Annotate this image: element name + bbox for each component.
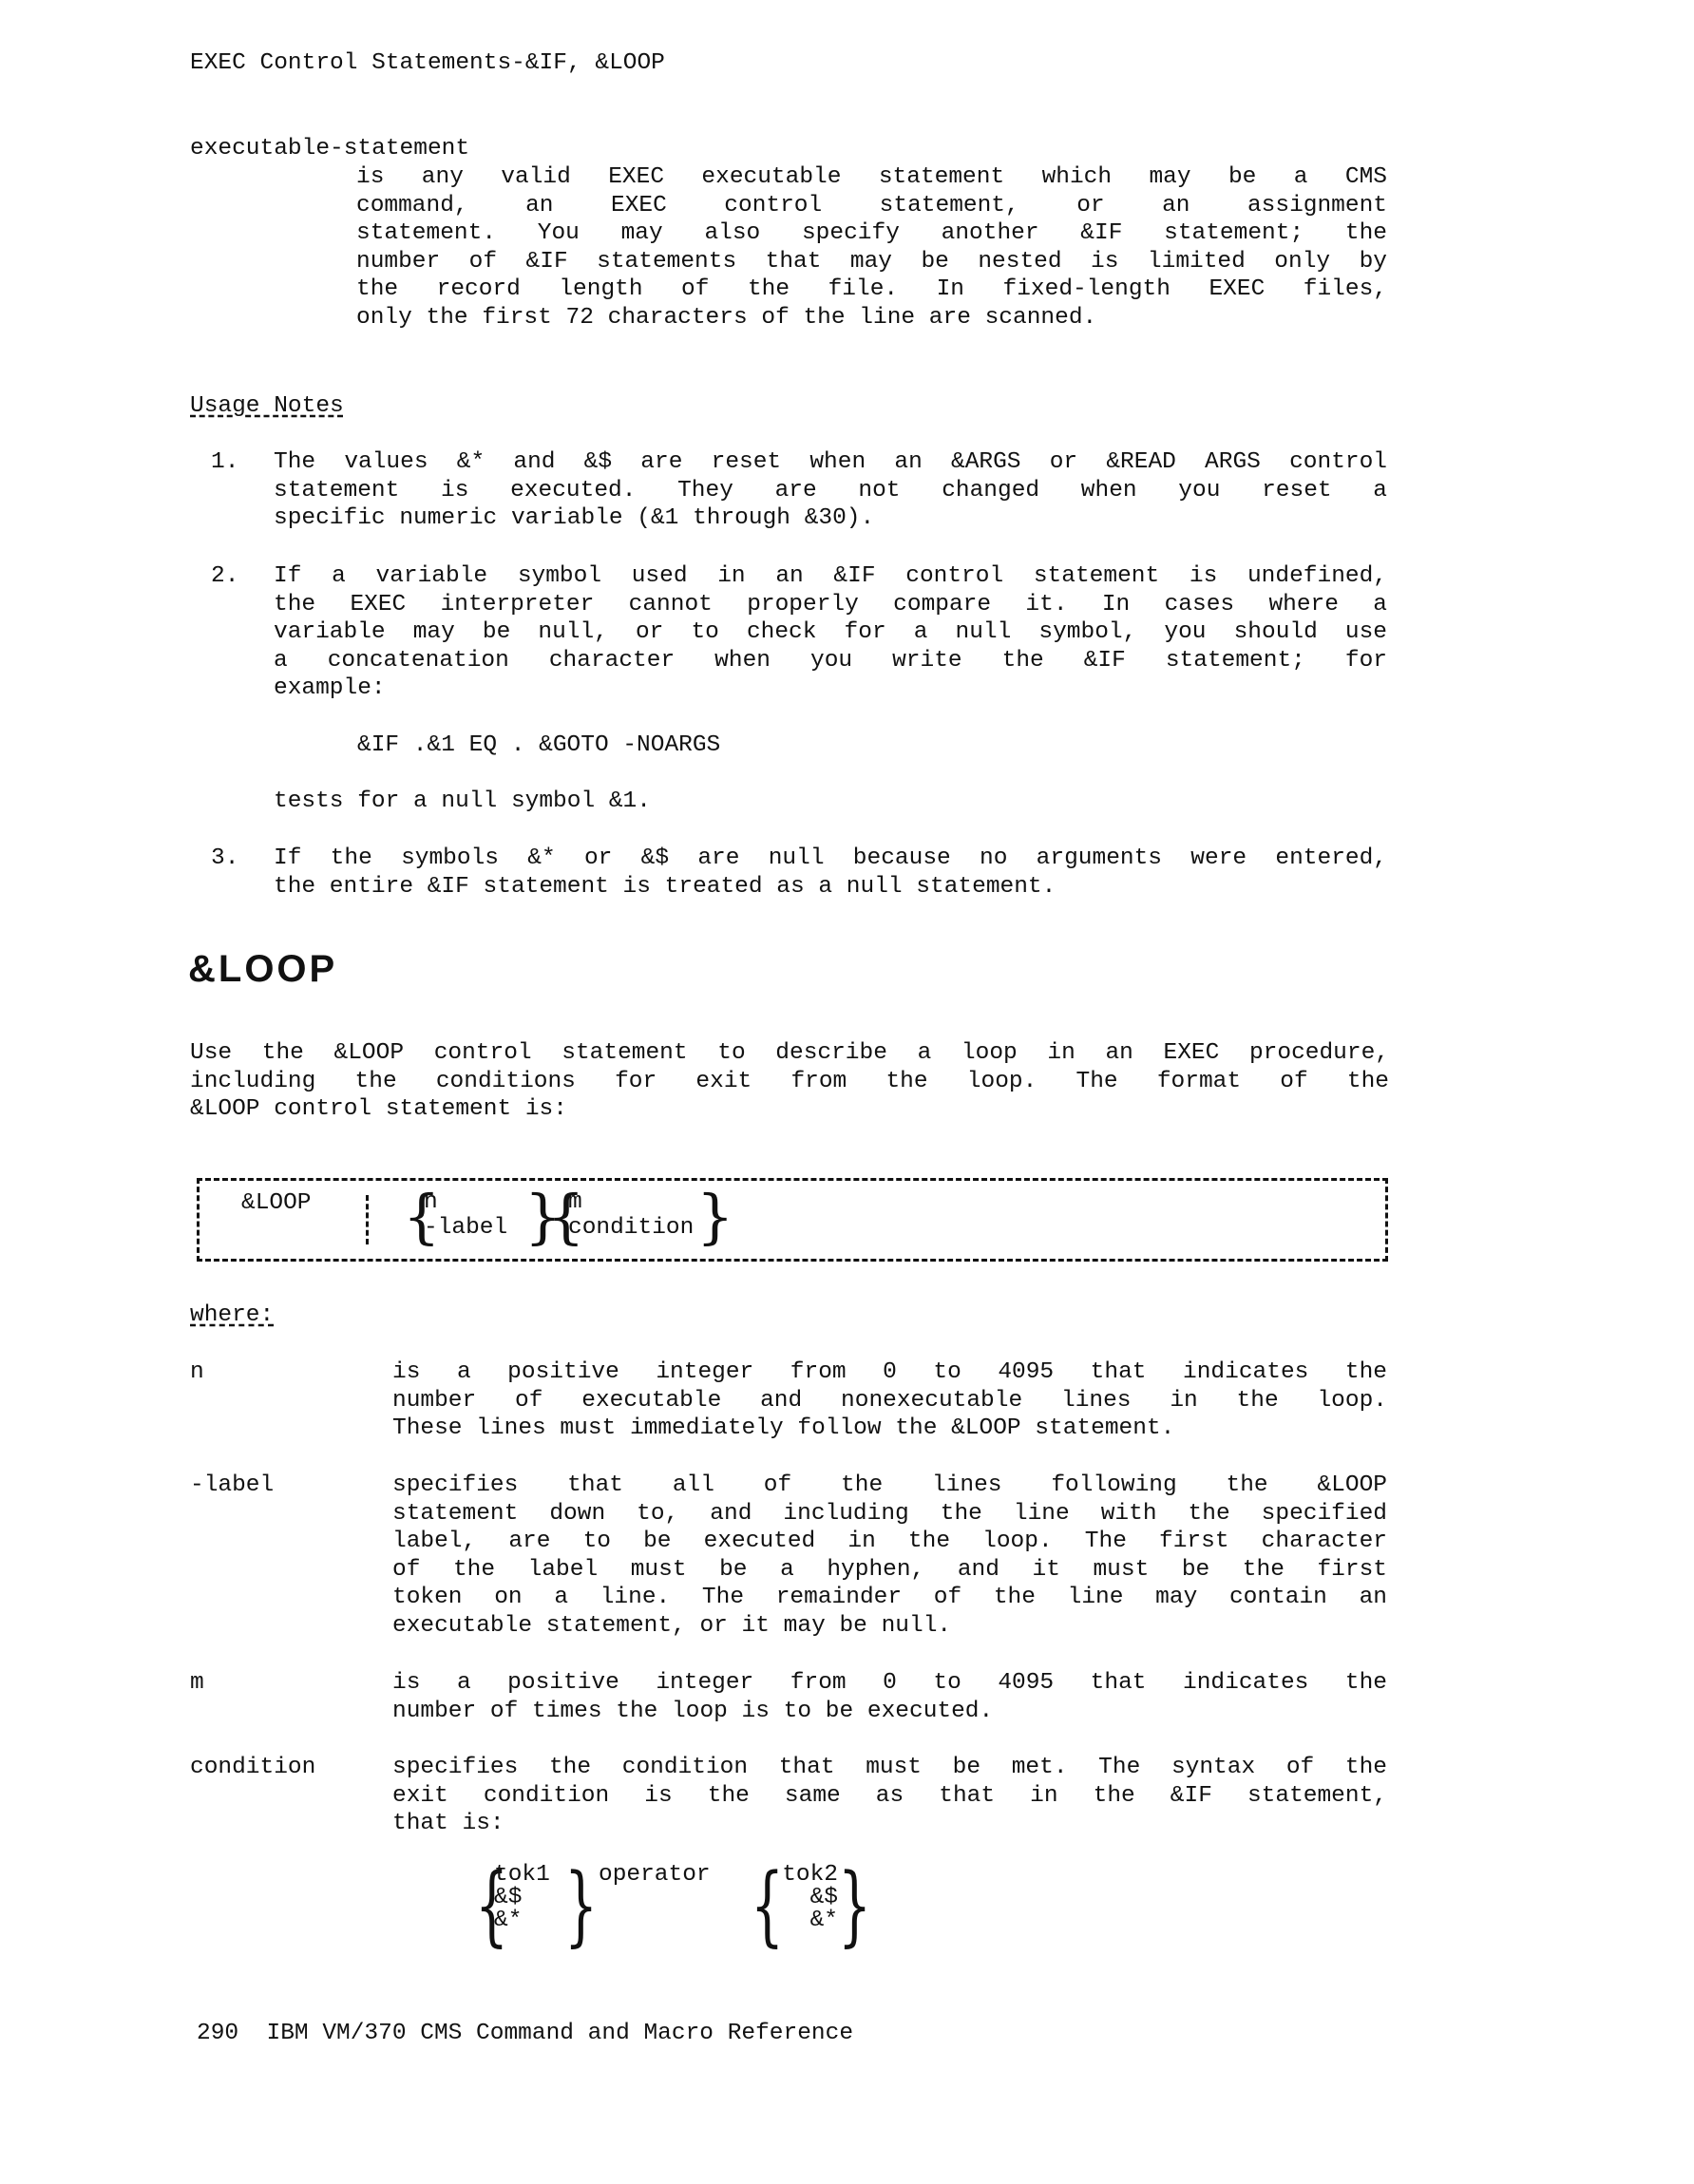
definition-line: executable statement, or it may be null.	[392, 1612, 1387, 1641]
list-number: 1.	[211, 448, 238, 477]
intro-line: &LOOP control statement is:	[190, 1095, 1389, 1124]
definition-line: statement down to, and including the lin…	[392, 1500, 1387, 1529]
code-example-explanation: tests for a null symbol &1.	[274, 788, 651, 816]
operand-option: condition	[568, 1215, 694, 1241]
right-brace-tok1: }	[564, 1862, 598, 1949]
token-option: tok2	[768, 1864, 838, 1887]
intro-line: Use the &LOOP control statement to descr…	[190, 1039, 1389, 1068]
list-number: 2.	[211, 562, 238, 591]
operator-text: operator	[599, 1864, 711, 1887]
definition-line: is a positive integer from 0 to 4095 tha…	[392, 1669, 1387, 1698]
desc-line: is any valid EXEC executable statement w…	[356, 163, 1387, 192]
usage-note-1: The values &* and &$ are reset when an &…	[274, 448, 1387, 533]
definition-line: specifies that all of the lines followin…	[392, 1472, 1387, 1500]
executable-statement-description: is any valid EXEC executable statement w…	[356, 163, 1387, 332]
tok1-options: tok1 &$ &*	[494, 1864, 550, 1932]
definition-line: number of executable and nonexecutable l…	[392, 1387, 1387, 1415]
loop-heading-text: &LOOP	[188, 948, 337, 990]
code-example-text: &IF .&1 EQ . &GOTO -NOARGS	[357, 731, 720, 760]
desc-line: only the first 72 characters of the line…	[356, 304, 1387, 332]
token-option: &*	[494, 1909, 550, 1932]
definition-line: of the label must be a hyphen, and it mu…	[392, 1556, 1387, 1585]
definition-line: specifies the condition that must be met…	[392, 1754, 1387, 1782]
definition-condition: specifies the condition that must be met…	[392, 1754, 1387, 1838]
syntax-box-separator	[366, 1195, 369, 1244]
definition-line: These lines must immediately follow the …	[392, 1415, 1387, 1443]
where-label-text: where:	[190, 1301, 274, 1330]
note-line: the entire &IF statement is treated as a…	[274, 873, 1387, 902]
definition-label: specifies that all of the lines followin…	[392, 1472, 1387, 1641]
loop-section-heading: &LOOP	[188, 948, 337, 990]
token-option: &*	[768, 1909, 838, 1932]
definition-line: number of times the loop is to be execut…	[392, 1698, 1387, 1726]
desc-line: number of &IF statements that may be nes…	[356, 248, 1387, 276]
note-line: specific numeric variable (&1 through &3…	[274, 504, 1387, 533]
loop-intro: Use the &LOOP control statement to descr…	[190, 1039, 1389, 1124]
definition-line: is a positive integer from 0 to 4095 tha…	[392, 1358, 1387, 1387]
desc-line: statement. You may also specify another …	[356, 219, 1387, 248]
list-number: 3.	[211, 845, 238, 873]
definition-line: exit condition is the same as that in th…	[392, 1782, 1387, 1811]
explanation-text: tests for a null symbol &1.	[274, 788, 651, 816]
term-label: condition	[190, 1754, 315, 1782]
syntax-command: &LOOP	[241, 1189, 312, 1218]
note-line: statement is executed. They are not chan…	[274, 477, 1387, 505]
syntax-box	[197, 1178, 1388, 1262]
definition-term-m: m	[190, 1669, 204, 1698]
term-label: executable-statement	[190, 135, 469, 163]
note-line: a concatenation character when you write…	[274, 647, 1387, 675]
usage-note-3: If the symbols &* or &$ are null because…	[274, 845, 1387, 901]
term-label: n	[190, 1358, 204, 1387]
operator-label: operator	[599, 1864, 711, 1887]
syntax-operand-2: m condition	[568, 1189, 694, 1241]
syntax-command-text: &LOOP	[241, 1189, 312, 1218]
note-line: the EXEC interpreter cannot properly com…	[274, 591, 1387, 619]
usage-note-3-number: 3.	[211, 845, 238, 873]
usage-note-2: If a variable symbol used in an &IF cont…	[274, 562, 1387, 703]
page-footer: 290 IBM VM/370 CMS Command and Macro Ref…	[197, 2020, 853, 2048]
token-option: &$	[494, 1887, 550, 1909]
definition-line: label, are to be executed in the loop. T…	[392, 1528, 1387, 1556]
running-header-text: EXEC Control Statements-&IF, &LOOP	[190, 49, 665, 78]
definition-line: token on a line. The remainder of the li…	[392, 1584, 1387, 1612]
definition-term-condition: condition	[190, 1754, 315, 1782]
note-line: The values &* and &$ are reset when an &…	[274, 448, 1387, 477]
note-line: If the symbols &* or &$ are null because…	[274, 845, 1387, 873]
note-line: If a variable symbol used in an &IF cont…	[274, 562, 1387, 591]
term-label: m	[190, 1669, 204, 1698]
page-number: 290	[197, 2021, 238, 2046]
code-example: &IF .&1 EQ . &GOTO -NOARGS	[357, 731, 720, 760]
definition-n: is a positive integer from 0 to 4095 tha…	[392, 1358, 1387, 1443]
footer-title: IBM VM/370 CMS Command and Macro Referen…	[267, 2021, 854, 2046]
definition-line: that is:	[392, 1810, 1387, 1838]
usage-notes-heading: Usage Notes	[190, 392, 344, 421]
usage-note-2-number: 2.	[211, 562, 238, 591]
operand-option: m	[568, 1189, 694, 1215]
desc-line: the record length of the file. In fixed-…	[356, 275, 1387, 304]
executable-statement-term: executable-statement	[190, 135, 469, 163]
operand-option: n	[424, 1189, 507, 1215]
syntax-operand-1: n -label	[424, 1189, 507, 1241]
term-label: -label	[190, 1472, 274, 1500]
definition-m: is a positive integer from 0 to 4095 tha…	[392, 1669, 1387, 1725]
right-brace-tok2: }	[838, 1862, 871, 1949]
note-line: example:	[274, 674, 1387, 703]
note-line: variable may be null, or to check for a …	[274, 618, 1387, 647]
where-label: where:	[190, 1301, 274, 1330]
token-option: &$	[768, 1887, 838, 1909]
intro-line: including the conditions for exit from t…	[190, 1068, 1389, 1096]
running-header: EXEC Control Statements-&IF, &LOOP	[190, 49, 665, 78]
right-brace-operand-2: }	[696, 1187, 733, 1246]
desc-line: command, an EXEC control statement, or a…	[356, 192, 1387, 220]
usage-notes-heading-text: Usage Notes	[190, 392, 344, 421]
operand-option: -label	[424, 1215, 507, 1241]
definition-term-label: -label	[190, 1472, 274, 1500]
usage-note-1-number: 1.	[211, 448, 238, 477]
definition-term-n: n	[190, 1358, 204, 1387]
token-option: tok1	[494, 1864, 550, 1887]
tok2-options: tok2 &$ &*	[768, 1864, 838, 1932]
